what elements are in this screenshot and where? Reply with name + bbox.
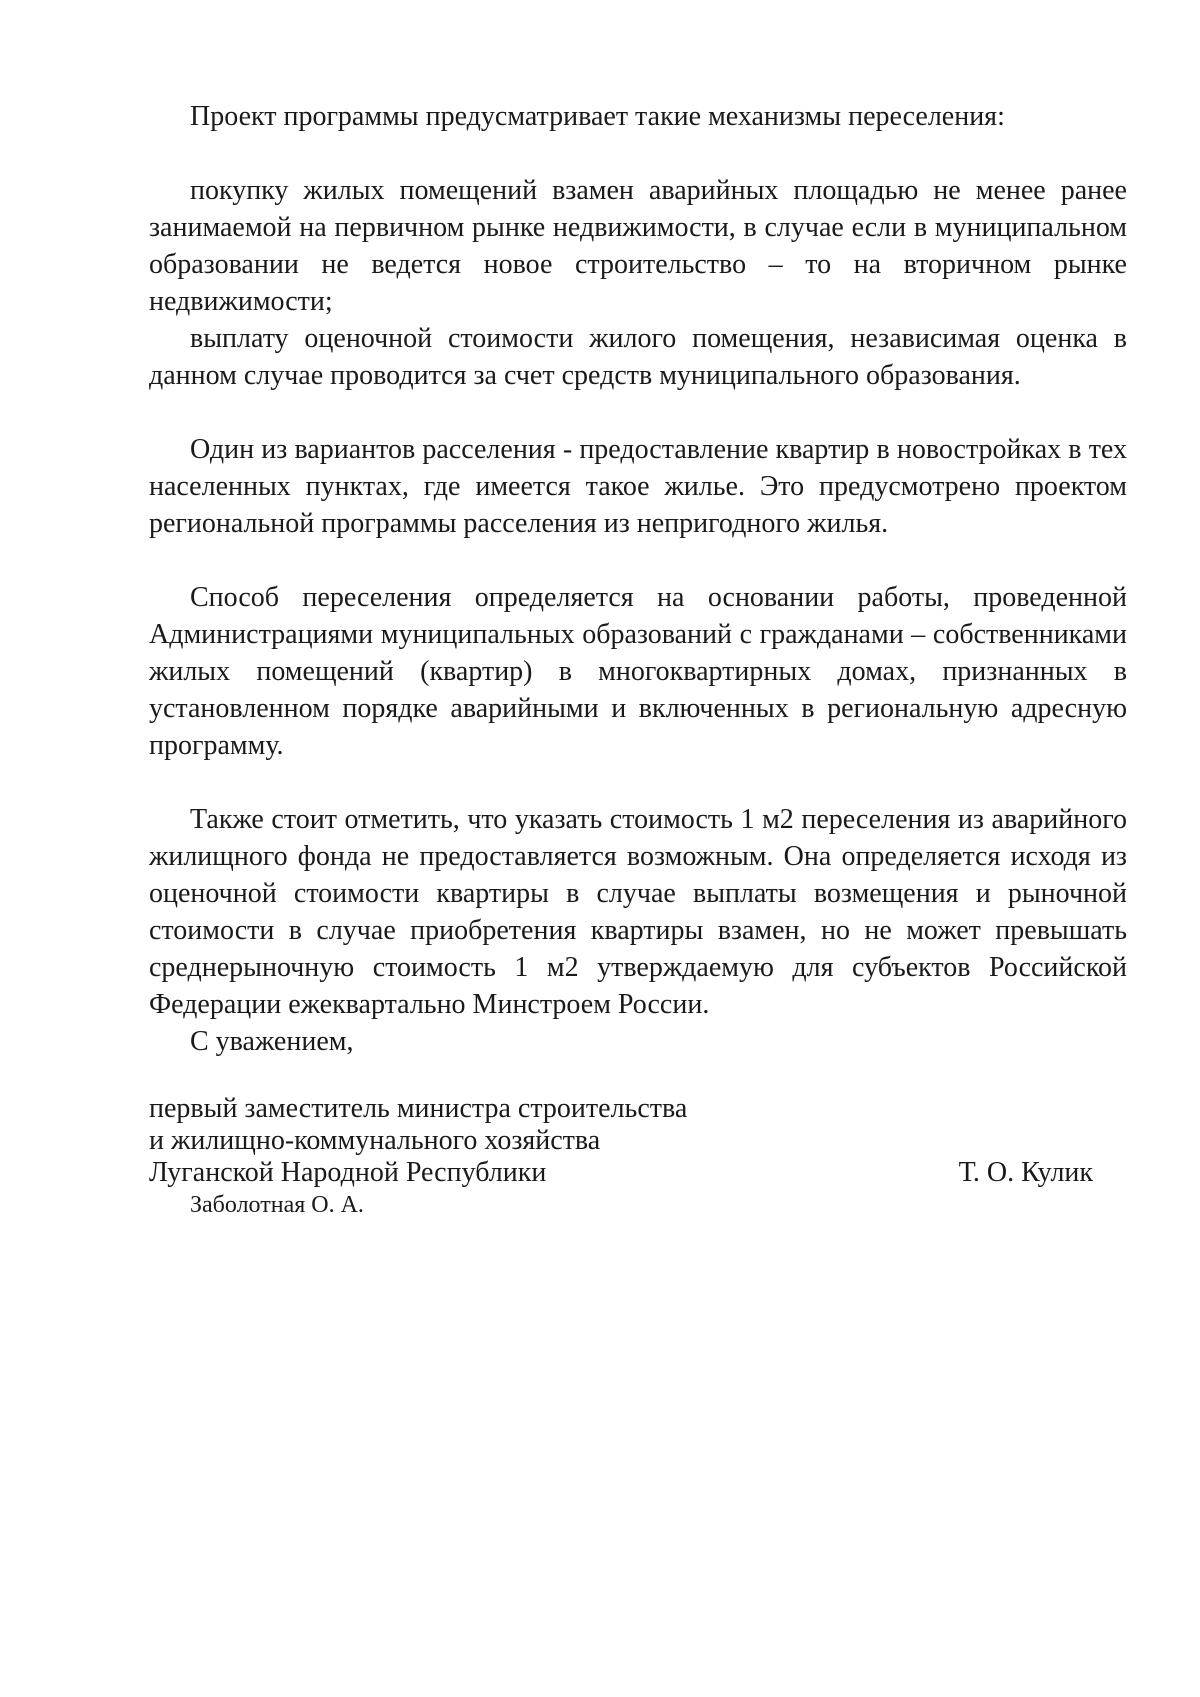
paragraph-purchase-mechanism: покупку жилых помещений взамен аварийных… — [149, 172, 1127, 320]
paragraph-payment-mechanism: выплату оценочной стоимости жилого помещ… — [149, 320, 1127, 394]
paragraph-intro: Проект программы предусматривает такие м… — [149, 98, 1127, 135]
paragraph-resettlement-option: Один из вариантов расселения - предостав… — [149, 431, 1127, 542]
signature-block: первый заместитель министра строительств… — [149, 1093, 1127, 1189]
executor-name: Заболотная О. А. — [149, 1189, 1127, 1221]
paragraph-method-determination: Способ переселения определяется на основ… — [149, 579, 1127, 764]
signer-title-line-2: и жилищно-коммунального хозяйства — [149, 1125, 1127, 1157]
signer-title-line-3: Луганской Народной Республики — [149, 1157, 546, 1189]
letter-body: Проект программы предусматривает такие м… — [149, 98, 1127, 1221]
signer-title-and-name-row: Луганской Народной Республики Т. О. Кули… — [149, 1157, 1127, 1189]
letter-page: Проект программы предусматривает такие м… — [0, 0, 1200, 1697]
paragraph-cost-note: Также стоит отметить, что указать стоимо… — [149, 801, 1127, 1023]
signer-name: Т. О. Кулик — [959, 1157, 1127, 1189]
closing-salutation: С уважением, — [149, 1023, 1127, 1060]
signer-title-line-1: первый заместитель министра строительств… — [149, 1093, 1127, 1125]
